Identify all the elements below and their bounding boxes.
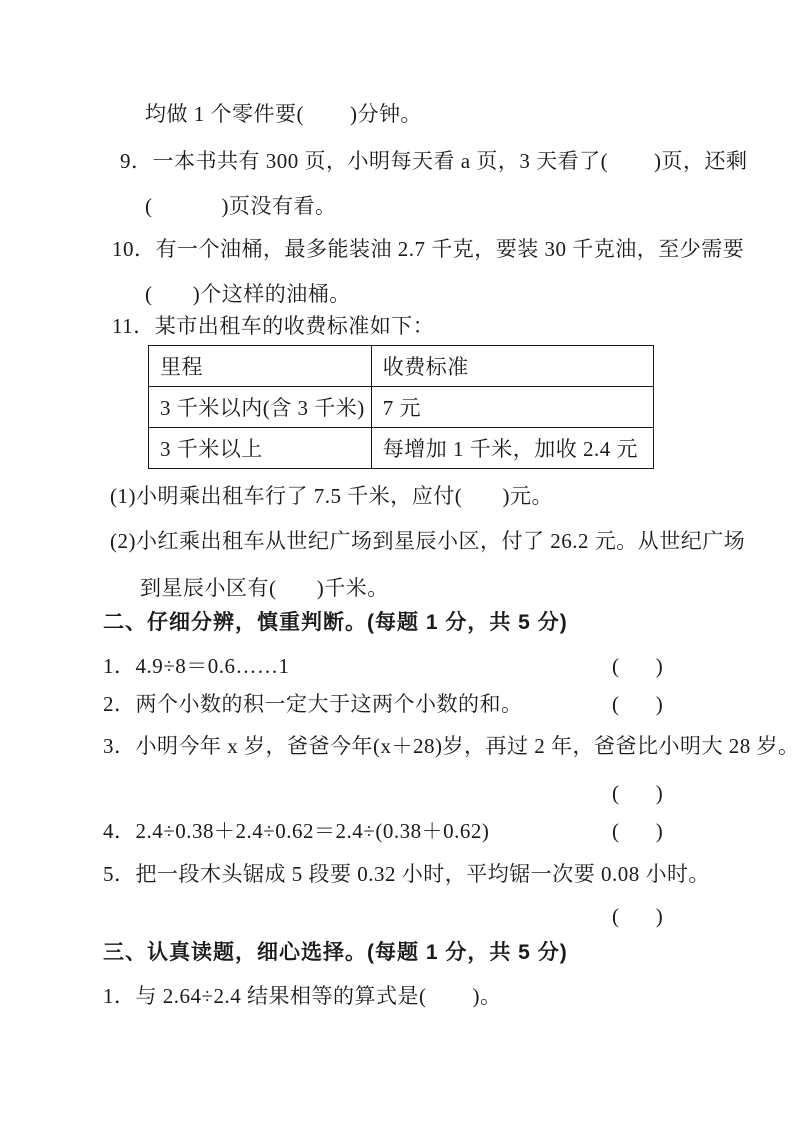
section3-title: 三、认真读题，细心选择。(每题 1 分，共 5 分) xyxy=(103,939,568,967)
judge-answer-blank-1: ( ) xyxy=(612,652,663,680)
fill-q11-intro: 11．某市出租车的收费标准如下： xyxy=(112,312,434,340)
fill-q9-line1: 9．一本书共有 300 页，小明每天看 a 页，3 天看了( )页，还剩 xyxy=(120,147,748,175)
fill-q11-sub2-line2: 到星辰小区有( )千米。 xyxy=(140,574,389,602)
section2-title: 二、仔细分辨，慎重判断。(每题 1 分，共 5 分) xyxy=(103,609,568,637)
table-cell-mileage-1: 3 千米以内(含 3 千米) xyxy=(149,387,372,428)
judge-answer-blank-2: ( ) xyxy=(612,690,663,718)
table-cell-fee-1: 7 元 xyxy=(371,387,653,428)
fill-q10-line2: ( )个这样的油桶。 xyxy=(145,280,351,308)
table-row: 3 千米以上 每增加 1 千米，加收 2.4 元 xyxy=(149,428,654,469)
table-header-fee-standard: 收费标准 xyxy=(371,346,653,387)
fill-q9-line2: ( )页没有看。 xyxy=(145,192,337,220)
judge-item-3: 3．小明今年 x 岁，爸爸今年(x＋28)岁，再过 2 年，爸爸比小明大 28 … xyxy=(103,732,793,760)
fill-q10-line1: 10．有一个油桶，最多能装油 2.7 千克，要装 30 千克油，至少需要 xyxy=(112,235,744,263)
judge-item-2: 2．两个小数的积一定大于这两个小数的和。 xyxy=(103,690,523,718)
table-row-header: 里程 收费标准 xyxy=(149,346,654,387)
table-cell-mileage-2: 3 千米以上 xyxy=(149,428,372,469)
choice-item-1: 1．与 2.64÷2.4 结果相等的算式是( )。 xyxy=(103,982,502,1010)
judge-item-5: 5．把一段木头锯成 5 段要 0.32 小时，平均锯一次要 0.08 小时。 xyxy=(103,860,710,888)
fill-q11-sub2-line1: (2)小红乘出租车从世纪广场到星辰小区，付了 26.2 元。从世纪广场 xyxy=(110,527,745,555)
table-row: 3 千米以内(含 3 千米) 7 元 xyxy=(149,387,654,428)
judge-answer-blank-3: ( ) xyxy=(612,779,663,807)
table-cell-fee-2: 每增加 1 千米，加收 2.4 元 xyxy=(371,428,653,469)
judge-item-1: 1．4.9÷8＝0.6……1 xyxy=(103,652,290,680)
fill-q11-sub1: (1)小明乘出租车行了 7.5 千米，应付( )元。 xyxy=(110,482,553,510)
judge-answer-blank-5: ( ) xyxy=(612,902,663,930)
fill-q8-continuation: 均做 1 个零件要( )分钟。 xyxy=(145,100,422,128)
table-header-mileage: 里程 xyxy=(149,346,372,387)
taxi-fare-table: 里程 收费标准 3 千米以内(含 3 千米) 7 元 3 千米以上 每增加 1 … xyxy=(148,345,654,469)
worksheet-page: 均做 1 个零件要( )分钟。 9．一本书共有 300 页，小明每天看 a 页，… xyxy=(0,0,793,1122)
judge-answer-blank-4: ( ) xyxy=(612,817,663,845)
judge-item-4: 4．2.4÷0.38＋2.4÷0.62＝2.4÷(0.38＋0.62) xyxy=(103,817,489,845)
